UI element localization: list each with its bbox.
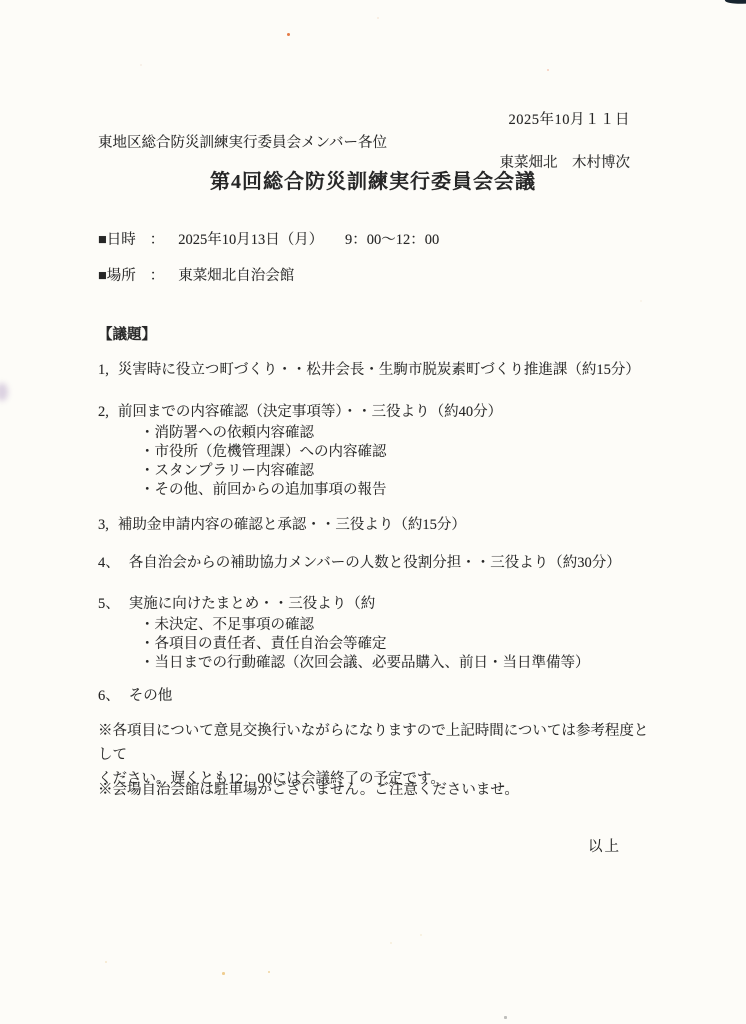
agenda-subitem: ・その他、前回からの追加事項の報告 (140, 481, 698, 500)
agenda-item-number: 2, (98, 404, 109, 420)
datetime-label: ■日時 (98, 232, 136, 248)
agenda-item-number: 6、 (98, 688, 120, 704)
scan-speck (377, 17, 379, 19)
agenda-item-text: 実施に向けたまとめ・・三役より（約 (129, 596, 376, 612)
agenda-item-5: 5、実施に向けたまとめ・・三役より（約 ・未決定、不足事項の確認 ・各項目の責任… (98, 594, 698, 673)
agenda-item-text: 各自治会からの補助協力メンバーの人数と役割分担・・三役より（約30分） (129, 555, 621, 571)
location-row: ■場所：東菜畑北自治会館 (98, 266, 294, 286)
scan-speck (222, 972, 225, 975)
scan-speck (504, 1016, 507, 1019)
agenda-subitem: ・スタンプラリー内容確認 (140, 462, 698, 481)
scan-corner-artifact (725, 0, 746, 4)
datetime-value: 2025年10月13日（月） 9：00～12：00 (178, 232, 439, 248)
sender-line: 東菜畑北 木村博次 (500, 153, 631, 173)
agenda-item-text: 補助金申請内容の確認と承認・・三役より（約15分） (118, 517, 466, 533)
agenda-item-1: 1,災害時に役立つ町づくり・・松井会長・生駒市脱炭素町づくり推進課（約15分） (98, 360, 698, 380)
location-label: ■場所 (98, 268, 136, 284)
agenda-item-number: 1, (98, 362, 109, 378)
datetime-separator: ： (150, 232, 165, 248)
agenda-item-4: 4、各自治会からの補助協力メンバーの人数と役割分担・・三役より（約30分） (98, 553, 698, 573)
agenda-subitem: ・各項目の責任者、責任自治会等確定 (140, 635, 698, 654)
agenda-item-number: 4、 (98, 555, 120, 571)
agenda-item-3: 3,補助金申請内容の確認と承認・・三役より（約15分） (98, 515, 698, 535)
parking-note: ※会場自治会館は駐車場がございません。ご注意くださいませ。 (98, 780, 658, 800)
scan-speck (640, 300, 642, 302)
agenda-subitem: ・当日までの行動確認（次回会議、必要品購入、前日・当日準備等） (140, 654, 698, 673)
datetime-row: ■日時：2025年10月13日（月） 9：00～12：00 (98, 230, 439, 250)
agenda-heading: 【議題】 (98, 325, 156, 345)
closing-word: 以上 (588, 837, 621, 857)
scan-speck (140, 64, 142, 66)
scan-speck (105, 961, 107, 963)
document-title: 第4回総合防災訓練実行委員会会議 (0, 172, 746, 192)
agenda-subitem: ・市役所（危機管理課）への内容確認 (140, 443, 698, 462)
agenda-item-2: 2,前回までの内容確認（決定事項等）・・三役より（約40分） ・消防署への依頼内… (98, 402, 698, 500)
agenda-item-text: 災害時に役立つ町づくり・・松井会長・生駒市脱炭素町づくり推進課（約15分） (118, 362, 640, 378)
agenda-item-text: 前回までの内容確認（決定事項等）・・三役より（約40分） (118, 404, 502, 420)
agenda-item-number: 3, (98, 517, 109, 533)
agenda-subitems: ・未決定、不足事項の確認 ・各項目の責任者、責任自治会等確定 ・当日までの行動確… (140, 616, 698, 673)
scanned-document-page: 2025年10月１１日 東地区総合防災訓練実行委員会メンバー各位 東菜畑北 木村… (0, 0, 746, 1024)
agenda-subitems: ・消防署への依頼内容確認 ・市役所（危機管理課）への内容確認 ・スタンプラリー内… (140, 424, 698, 500)
location-separator: ： (150, 268, 165, 284)
scan-smudge (0, 383, 8, 401)
agenda-item-text: その他 (129, 688, 173, 704)
scan-speck (547, 69, 549, 71)
agenda-subitem: ・消防署への依頼内容確認 (140, 424, 698, 443)
recipient-line: 東地区総合防災訓練実行委員会メンバー各位 (98, 133, 387, 153)
location-value: 東菜畑北自治会館 (178, 268, 294, 284)
scan-speck (268, 971, 270, 973)
agenda-item-6: 6、その他 (98, 686, 698, 706)
agenda-item-number: 5、 (98, 596, 120, 612)
scan-speck (287, 33, 290, 36)
scan-speck (420, 934, 422, 936)
agenda-subitem: ・未決定、不足事項の確認 (140, 616, 698, 635)
time-note-line-1: ※各項目について意見交換行いながらになりますので上記時間については参考程度として (98, 719, 658, 767)
scan-speck (390, 942, 392, 944)
document-date: 2025年10月１１日 (509, 110, 631, 130)
